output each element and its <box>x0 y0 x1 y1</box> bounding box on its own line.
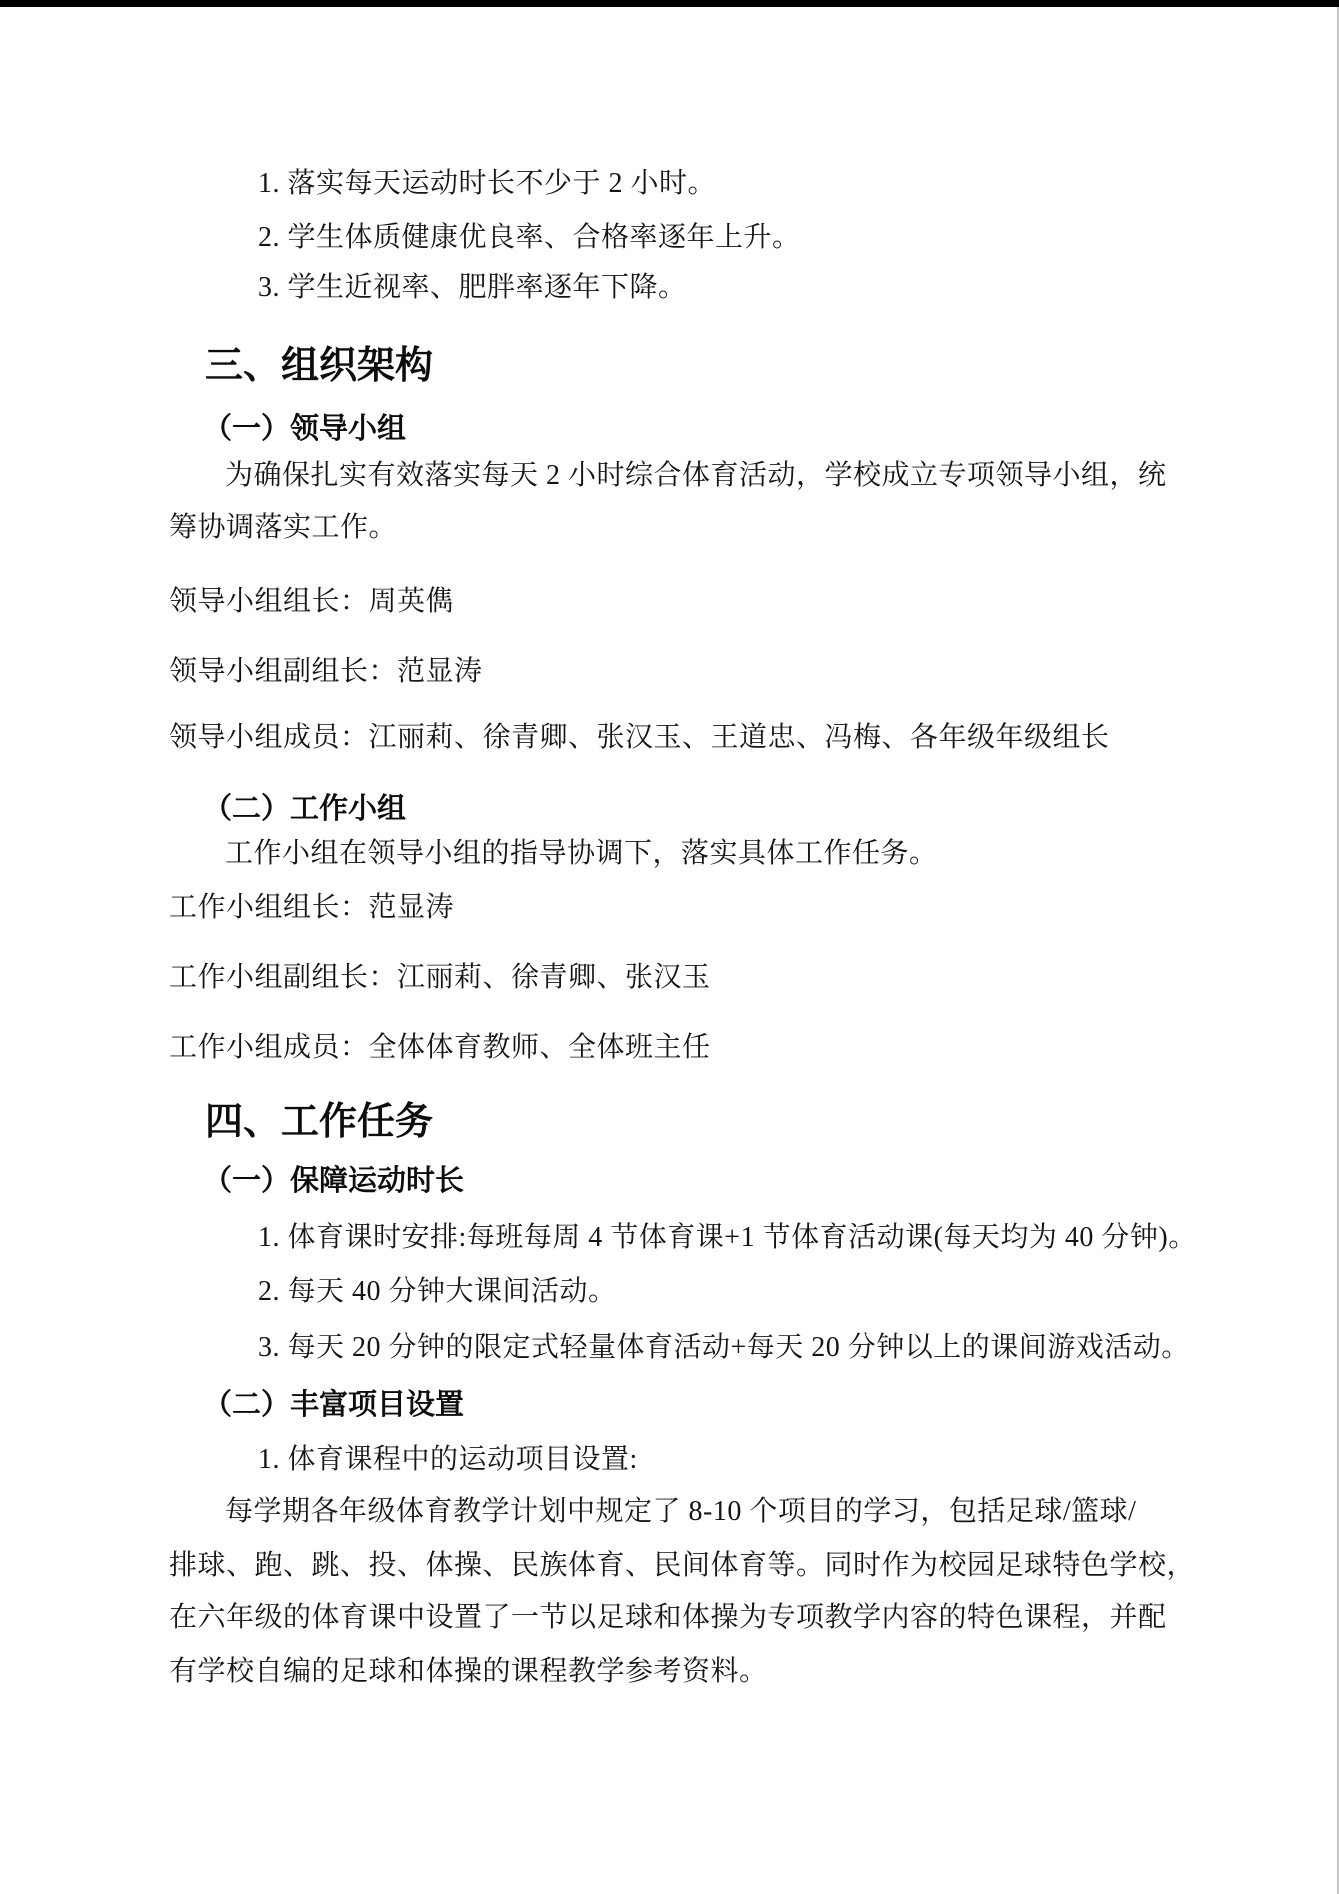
document-page: 1. 落实每天运动时长不少于 2 小时。 2. 学生体质健康优良率、合格率逐年上… <box>0 0 1339 1894</box>
section-tasks-heading: 四、工作任务 <box>205 1100 433 1144</box>
duration-heading: （一）保障运动时长 <box>203 1163 464 1199</box>
projects-para-line-2: 排球、跑、跳、投、体操、民族体育、民间体育等。同时作为校园足球特色学校， <box>169 1549 1195 1583</box>
leading-group-members: 领导小组成员：江丽莉、徐青卿、张汉玉、王道忠、冯梅、各年级年级组长 <box>169 721 1110 755</box>
page-top-edge-bar <box>0 0 1339 7</box>
leading-group-heading: （一）领导小组 <box>203 411 406 447</box>
working-group-head: 工作小组组长：范显涛 <box>169 891 454 925</box>
working-group-members: 工作小组成员：全体体育教师、全体班主任 <box>169 1031 711 1065</box>
working-group-heading: （二）工作小组 <box>203 791 406 827</box>
projects-heading: （二）丰富项目设置 <box>203 1387 464 1423</box>
leading-group-head: 领导小组组长：周英儁 <box>169 585 454 619</box>
projects-para-line-3: 在六年级的体育课中设置了一节以足球和体操为专项教学内容的特色课程，并配 <box>169 1601 1167 1635</box>
goal-item-2: 2. 学生体质健康优良率、合格率逐年上升。 <box>258 221 801 255</box>
goal-item-3: 3. 学生近视率、肥胖率逐年下降。 <box>258 271 687 305</box>
goal-item-1: 1. 落实每天运动时长不少于 2 小时。 <box>258 167 716 201</box>
duration-item-3: 3. 每天 20 分钟的限定式轻量体育活动+每天 20 分钟以上的课间游戏活动。 <box>258 1331 1190 1365</box>
duration-item-1: 1. 体育课时安排:每班每周 4 节体育课+1 节体育活动课(每天均为 40 分… <box>258 1221 1197 1255</box>
leading-group-intro-line-1: 为确保扎实有效落实每天 2 小时综合体育活动，学校成立专项领导小组，统 <box>225 459 1167 493</box>
leading-group-deputy: 领导小组副组长：范显涛 <box>169 655 483 689</box>
projects-item-1: 1. 体育课程中的运动项目设置: <box>258 1443 638 1477</box>
working-group-intro: 工作小组在领导小组的指导协调下，落实具体工作任务。 <box>225 837 938 871</box>
projects-para-line-1: 每学期各年级体育教学计划中规定了 8-10 个项目的学习，包括足球/篮球/ <box>225 1495 1136 1529</box>
section-org-heading: 三、组织架构 <box>205 344 433 388</box>
leading-group-intro-line-2: 筹协调落实工作。 <box>169 511 397 545</box>
duration-item-2: 2. 每天 40 分钟大课间活动。 <box>258 1275 617 1309</box>
projects-para-line-4: 有学校自编的足球和体操的课程教学参考资料。 <box>169 1655 768 1689</box>
working-group-deputy: 工作小组副组长：江丽莉、徐青卿、张汉玉 <box>169 961 711 995</box>
